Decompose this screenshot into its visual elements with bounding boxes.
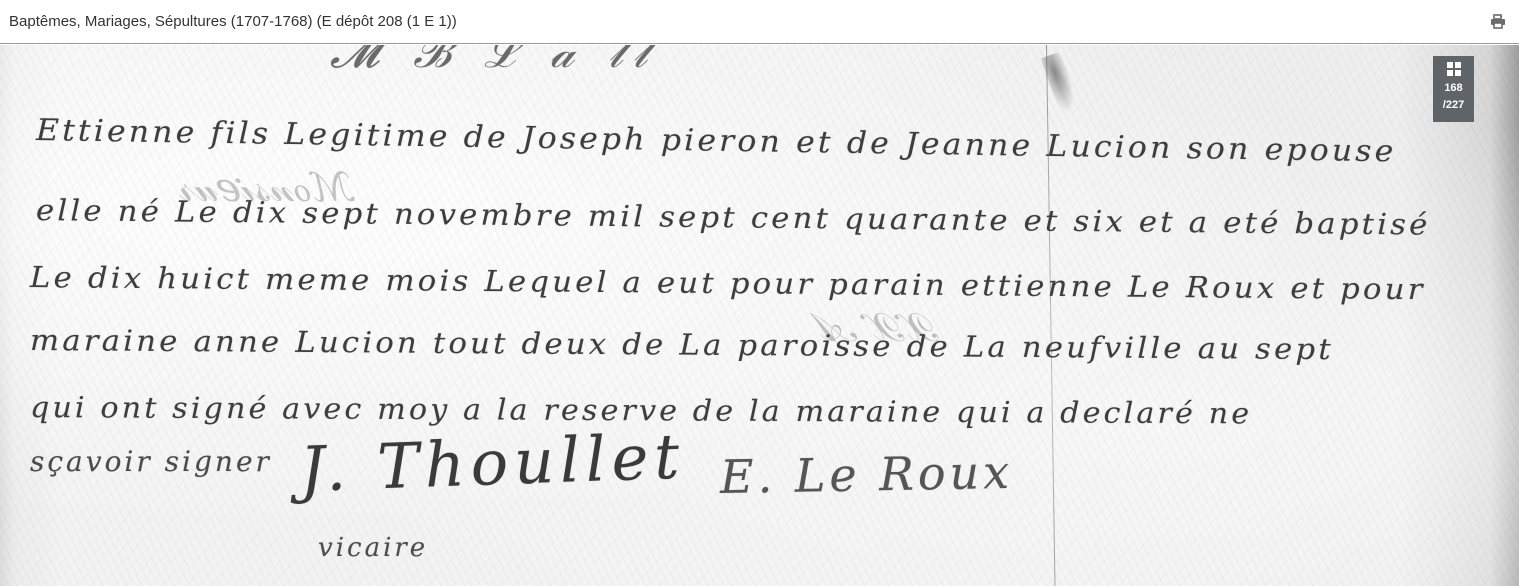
viewer-header: Baptêmes, Mariages, Sépultures (1707-176… bbox=[0, 0, 1519, 44]
signature-title: vicaire bbox=[318, 533, 428, 563]
manuscript-line: maraine anne Lucion tout deux de La paro… bbox=[30, 323, 1334, 366]
print-icon bbox=[1490, 14, 1506, 29]
manuscript-line: Le dix huict meme mois Lequel a eut pour… bbox=[30, 260, 1426, 306]
manuscript-top-fragment: 𝓜 ℬ ℒ 𝒶 𝓁𝓁 bbox=[330, 45, 658, 78]
page-fold-line bbox=[1046, 45, 1055, 586]
current-page-number: 168 bbox=[1444, 80, 1462, 97]
document-title: Baptêmes, Mariages, Sépultures (1707-176… bbox=[9, 13, 457, 30]
grid-icon bbox=[1447, 62, 1461, 76]
document-image-viewer[interactable]: ℳℴ𝓃𝓈𝒾ℯ𝓊𝓇 𝒳𝒳 𝒜 𝓜 ℬ ℒ 𝒶 𝓁𝓁 Ettienne fils L… bbox=[0, 45, 1519, 586]
manuscript-line: Ettienne fils Legitime de Joseph pieron … bbox=[36, 113, 1397, 169]
signature-vicar: J. Thoullet bbox=[299, 420, 687, 506]
signature-godfather: E. Le Roux bbox=[720, 445, 1014, 504]
manuscript-line: sçavoir signer bbox=[30, 445, 272, 478]
total-page-count: /227 bbox=[1443, 97, 1464, 114]
page-thumbnails-button[interactable]: 168 /227 bbox=[1433, 56, 1474, 122]
print-button[interactable] bbox=[1487, 11, 1509, 33]
manuscript-line: elle né Le dix sept novembre mil sept ce… bbox=[36, 193, 1431, 242]
